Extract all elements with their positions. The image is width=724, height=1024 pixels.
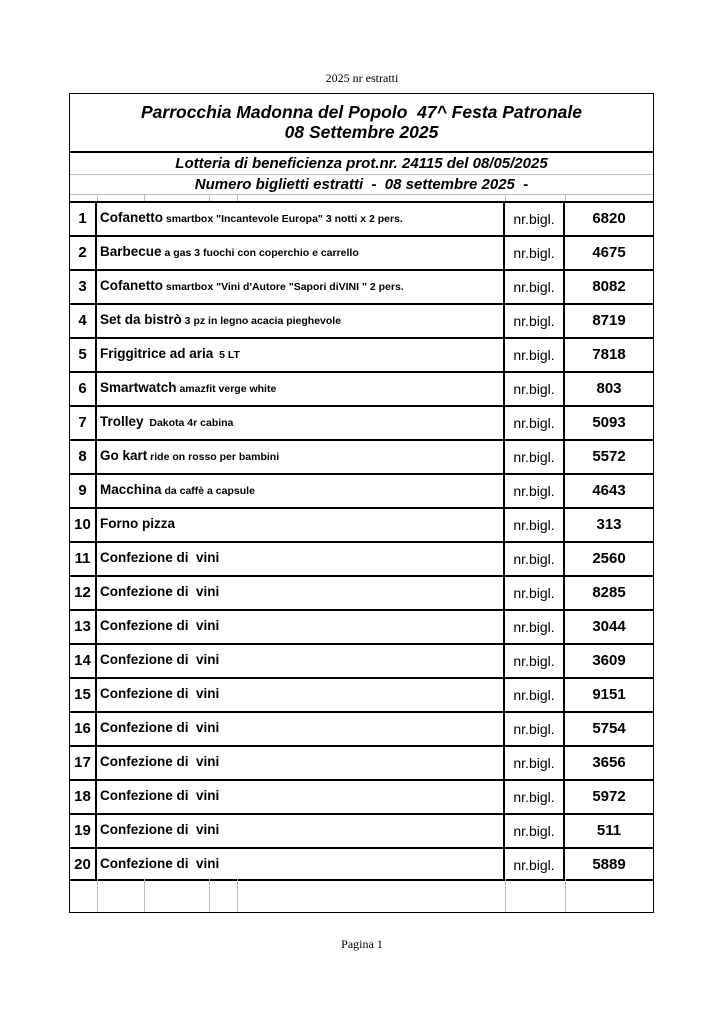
prize-name: Confezione di vini: [100, 720, 219, 735]
prize-name: Confezione di vini: [100, 856, 219, 871]
prize-number: 3: [70, 271, 97, 303]
prize-description: Go kart ride on rosso per bambini: [97, 441, 505, 473]
prize-name: Trolley: [100, 414, 144, 429]
ticket-label: nr.bigl.: [505, 781, 565, 813]
prize-description: Macchina da caffè a capsule: [97, 475, 505, 507]
ticket-label: nr.bigl.: [505, 203, 565, 235]
prize-number: 11: [70, 543, 97, 575]
table-row: 6Smartwatch amazfit verge whitenr.bigl.8…: [70, 371, 653, 405]
page-footer: Pagina 1: [0, 937, 724, 952]
ticket-number: 3044: [565, 611, 653, 643]
ticket-number: 5972: [565, 781, 653, 813]
table-row: 19Confezione di vininr.bigl.511: [70, 813, 653, 847]
ticket-number: 5093: [565, 407, 653, 439]
prize-name: Smartwatch: [100, 380, 177, 395]
table-row: 13Confezione di vininr.bigl.3044: [70, 609, 653, 643]
prize-number: 19: [70, 815, 97, 847]
table-row: 3Cofanetto smartbox "Vini d'Autore "Sapo…: [70, 269, 653, 303]
ticket-label: nr.bigl.: [505, 815, 565, 847]
prize-detail: amazfit verge white: [177, 383, 277, 395]
prize-description: Smartwatch amazfit verge white: [97, 373, 505, 405]
table-row: 10Forno pizzanr.bigl.313: [70, 507, 653, 541]
title-line1: Parrocchia Madonna del Popolo 47^ Festa …: [70, 102, 653, 122]
prize-number: 5: [70, 339, 97, 371]
prize-name: Confezione di vini: [100, 652, 219, 667]
lottery-subtitle: Lotteria di beneficienza prot.nr. 24115 …: [70, 153, 653, 175]
prize-number: 13: [70, 611, 97, 643]
prize-detail: a gas 3 fuochi con coperchio e carrello: [162, 247, 359, 259]
title-box: Parrocchia Madonna del Popolo 47^ Festa …: [70, 94, 653, 153]
prize-name: Confezione di vini: [100, 550, 219, 565]
lottery-sheet: Parrocchia Madonna del Popolo 47^ Festa …: [69, 93, 654, 913]
ticket-label: nr.bigl.: [505, 305, 565, 337]
prize-number: 18: [70, 781, 97, 813]
ticket-number: 3609: [565, 645, 653, 677]
prize-number: 20: [70, 849, 97, 879]
ticket-number: 5754: [565, 713, 653, 745]
prize-detail: ride on rosso per bambini: [147, 451, 279, 463]
prize-name: Set da bistrò: [100, 312, 182, 327]
ticket-number: 3656: [565, 747, 653, 779]
prize-number: 2: [70, 237, 97, 269]
prize-number: 10: [70, 509, 97, 541]
prize-number: 14: [70, 645, 97, 677]
ticket-label: nr.bigl.: [505, 441, 565, 473]
ticket-number: 9151: [565, 679, 653, 711]
prize-number: 12: [70, 577, 97, 609]
table-row: 1Cofanetto smartbox "Incantevole Europa"…: [70, 201, 653, 235]
ticket-label: nr.bigl.: [505, 713, 565, 745]
prize-description: Confezione di vini: [97, 781, 505, 813]
prize-description: Confezione di vini: [97, 849, 505, 879]
table-row: 18Confezione di vininr.bigl.5972: [70, 779, 653, 813]
ticket-number: 6820: [565, 203, 653, 235]
table-row: 15Confezione di vininr.bigl.9151: [70, 677, 653, 711]
ticket-number: 5889: [565, 849, 653, 879]
prize-detail: smartbox "Vini d'Autore "Sapori diVINI "…: [163, 281, 404, 293]
prize-number: 8: [70, 441, 97, 473]
prize-name: Confezione di vini: [100, 822, 219, 837]
table-row: 16Confezione di vininr.bigl.5754: [70, 711, 653, 745]
prize-name: Barbecue: [100, 244, 162, 259]
prize-name: Cofanetto: [100, 210, 163, 225]
prize-description: Confezione di vini: [97, 577, 505, 609]
ticket-number: 8719: [565, 305, 653, 337]
ticket-label: nr.bigl.: [505, 747, 565, 779]
prize-description: Confezione di vini: [97, 611, 505, 643]
table-row: 9Macchina da caffè a capsulenr.bigl.4643: [70, 473, 653, 507]
table-row: 12Confezione di vininr.bigl.8285: [70, 575, 653, 609]
prize-description: Set da bistrò 3 pz in legno acacia piegh…: [97, 305, 505, 337]
ticket-number: 8285: [565, 577, 653, 609]
ticket-label: nr.bigl.: [505, 611, 565, 643]
prize-description: Cofanetto smartbox "Vini d'Autore "Sapor…: [97, 271, 505, 303]
ticket-label: nr.bigl.: [505, 271, 565, 303]
prize-name: Confezione di vini: [100, 754, 219, 769]
prize-description: Friggitrice ad aria 5 LT: [97, 339, 505, 371]
draw-subtitle: Numero biglietti estratti - 08 settembre…: [70, 175, 653, 195]
table-row: 5Friggitrice ad aria 5 LTnr.bigl.7818: [70, 337, 653, 371]
prize-description: Confezione di vini: [97, 747, 505, 779]
prize-number: 7: [70, 407, 97, 439]
ticket-number: 511: [565, 815, 653, 847]
page-header: 2025 nr estratti: [0, 71, 724, 86]
title-line2: 08 Settembre 2025: [70, 122, 653, 142]
ticket-label: nr.bigl.: [505, 849, 565, 879]
prize-detail: da caffè a capsule: [162, 485, 255, 497]
ticket-number: 4675: [565, 237, 653, 269]
prize-name: Confezione di vini: [100, 584, 219, 599]
table-row: 8Go kart ride on rosso per bambininr.big…: [70, 439, 653, 473]
ticket-number: 2560: [565, 543, 653, 575]
prize-name: Macchina: [100, 482, 162, 497]
table-row: 7Trolley Dakota 4r cabinanr.bigl.5093: [70, 405, 653, 439]
ticket-label: nr.bigl.: [505, 237, 565, 269]
prize-description: Trolley Dakota 4r cabina: [97, 407, 505, 439]
prize-name: Confezione di vini: [100, 686, 219, 701]
prize-number: 15: [70, 679, 97, 711]
prize-name: Confezione di vini: [100, 788, 219, 803]
ticket-number: 5572: [565, 441, 653, 473]
ticket-label: nr.bigl.: [505, 645, 565, 677]
prize-description: Cofanetto smartbox "Incantevole Europa" …: [97, 203, 505, 235]
prize-number: 17: [70, 747, 97, 779]
ticket-label: nr.bigl.: [505, 543, 565, 575]
prize-description: Confezione di vini: [97, 543, 505, 575]
prize-name: Cofanetto: [100, 278, 163, 293]
prize-name: Friggitrice ad aria: [100, 346, 213, 361]
ticket-label: nr.bigl.: [505, 373, 565, 405]
ticket-number: 803: [565, 373, 653, 405]
ticket-number: 313: [565, 509, 653, 541]
prize-detail: Dakota 4r cabina: [144, 417, 234, 429]
ticket-number: 4643: [565, 475, 653, 507]
prize-description: Barbecue a gas 3 fuochi con coperchio e …: [97, 237, 505, 269]
table-row: 4Set da bistrò 3 pz in legno acacia pieg…: [70, 303, 653, 337]
prize-description: Confezione di vini: [97, 815, 505, 847]
prize-description: Confezione di vini: [97, 679, 505, 711]
prize-description: Forno pizza: [97, 509, 505, 541]
ticket-label: nr.bigl.: [505, 679, 565, 711]
ticket-number: 8082: [565, 271, 653, 303]
ticket-label: nr.bigl.: [505, 577, 565, 609]
prize-number: 16: [70, 713, 97, 745]
prize-detail: 5 LT: [213, 349, 240, 361]
prize-number: 4: [70, 305, 97, 337]
table-row: 14Confezione di vininr.bigl.3609: [70, 643, 653, 677]
ticket-label: nr.bigl.: [505, 407, 565, 439]
prize-name: Confezione di vini: [100, 618, 219, 633]
ticket-label: nr.bigl.: [505, 475, 565, 507]
empty-row: [70, 879, 653, 912]
prize-table: 1Cofanetto smartbox "Incantevole Europa"…: [70, 201, 653, 881]
prize-description: Confezione di vini: [97, 645, 505, 677]
prize-detail: 3 pz in legno acacia pieghevole: [182, 315, 341, 327]
table-row: 17Confezione di vininr.bigl.3656: [70, 745, 653, 779]
prize-name: Go kart: [100, 448, 147, 463]
prize-name: Forno pizza: [100, 516, 175, 531]
ticket-label: nr.bigl.: [505, 509, 565, 541]
prize-detail: smartbox "Incantevole Europa" 3 notti x …: [163, 213, 403, 225]
table-row: 20Confezione di vininr.bigl.5889: [70, 847, 653, 881]
ticket-number: 7818: [565, 339, 653, 371]
table-row: 11Confezione di vininr.bigl.2560: [70, 541, 653, 575]
prize-number: 9: [70, 475, 97, 507]
prize-number: 1: [70, 203, 97, 235]
table-row: 2Barbecue a gas 3 fuochi con coperchio e…: [70, 235, 653, 269]
prize-number: 6: [70, 373, 97, 405]
ticket-label: nr.bigl.: [505, 339, 565, 371]
prize-description: Confezione di vini: [97, 713, 505, 745]
